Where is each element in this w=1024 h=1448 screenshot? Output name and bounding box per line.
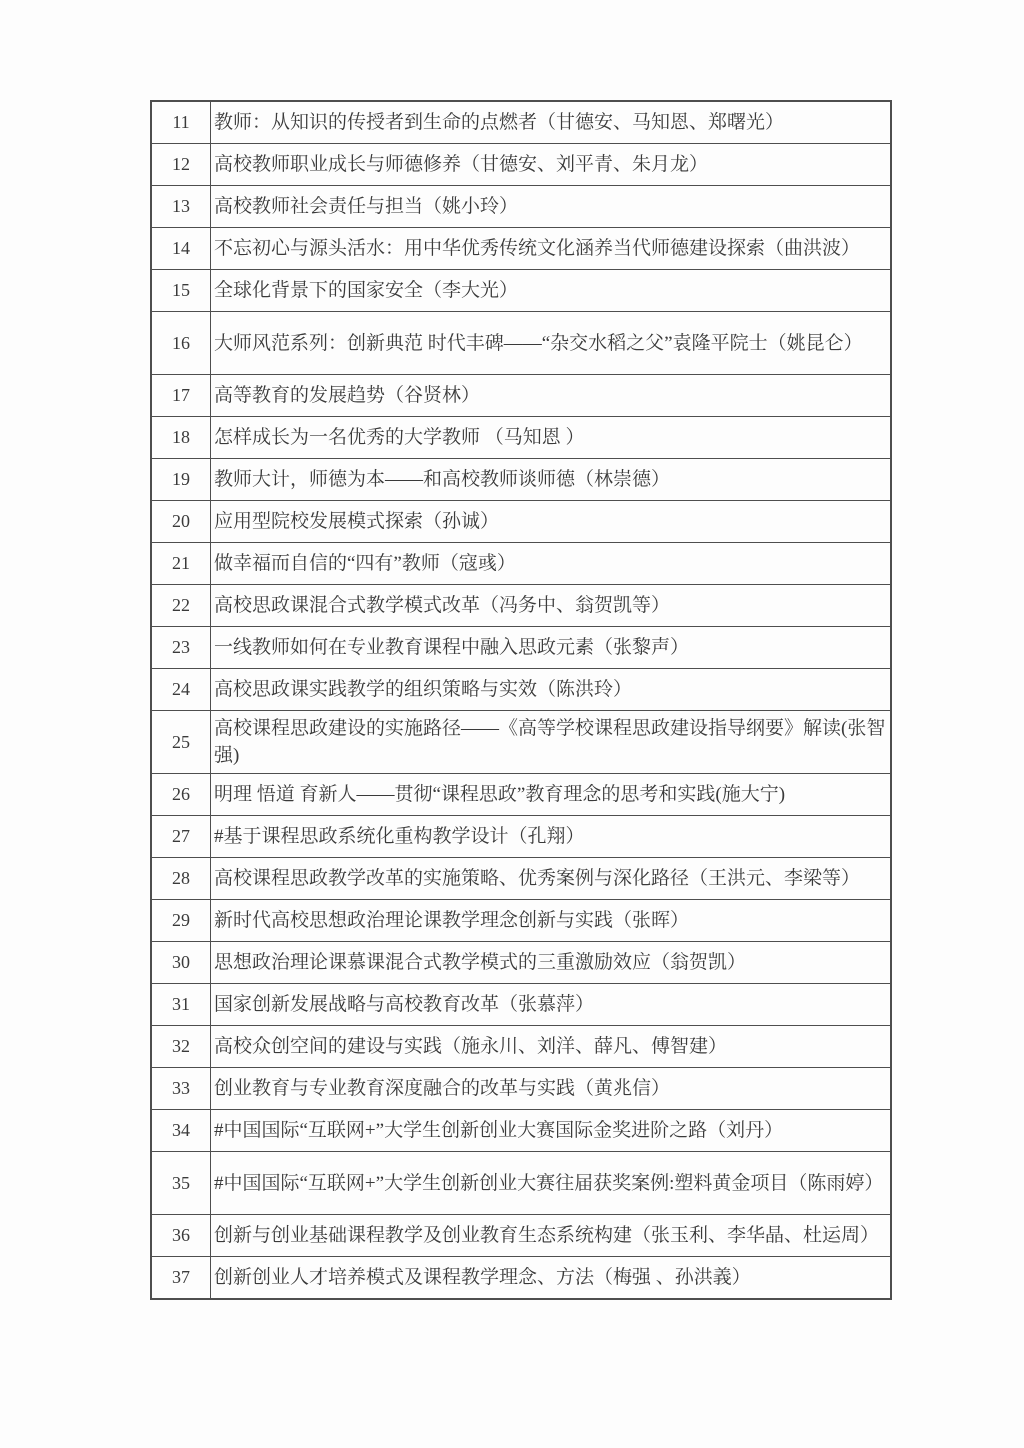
course-title: #中国国际“互联网+”大学生创新创业大赛国际金奖进阶之路（刘丹）	[211, 1110, 890, 1151]
row-number: 29	[152, 900, 211, 941]
course-title: #基于课程思政系统化重构教学设计（孔翔）	[211, 816, 890, 857]
course-title: 高等教育的发展趋势（谷贤林）	[211, 375, 890, 416]
row-number: 31	[152, 984, 211, 1025]
row-number: 35	[152, 1152, 211, 1214]
course-title: 应用型院校发展模式探索（孙诚）	[211, 501, 890, 542]
table-row: 25高校课程思政建设的实施路径——《高等学校课程思政建设指导纲要》解读(张智强)	[152, 710, 890, 773]
row-number: 18	[152, 417, 211, 458]
row-number: 25	[152, 711, 211, 773]
course-title: 创新创业人才培养模式及课程教学理念、方法（梅强 、孙洪義）	[211, 1257, 890, 1298]
course-title: 怎样成长为一名优秀的大学教师 （马知恩 ）	[211, 417, 890, 458]
table-row: 22高校思政课混合式教学模式改革（冯务中、翁贺凯等）	[152, 584, 890, 626]
table-row: 30思想政治理论课慕课混合式教学模式的三重激励效应（翁贺凯）	[152, 941, 890, 983]
course-title: 创业教育与专业教育深度融合的改革与实践（黄兆信）	[211, 1068, 890, 1109]
row-number: 34	[152, 1110, 211, 1151]
row-number: 27	[152, 816, 211, 857]
table-row: 19教师大计，师德为本——和高校教师谈师德（林崇德）	[152, 458, 890, 500]
table-row: 26明理 悟道 育新人——贯彻“课程思政”教育理念的思考和实践(施大宁)	[152, 773, 890, 815]
table-row: 20应用型院校发展模式探索（孙诚）	[152, 500, 890, 542]
row-number: 14	[152, 228, 211, 269]
row-number: 33	[152, 1068, 211, 1109]
row-number: 19	[152, 459, 211, 500]
course-title: 做幸福而自信的“四有”教师（寇彧）	[211, 543, 890, 584]
course-title: 高校众创空间的建设与实践（施永川、刘洋、薛凡、傅智建）	[211, 1026, 890, 1067]
row-number: 16	[152, 312, 211, 374]
course-title: 新时代高校思想政治理论课教学理念创新与实践（张晖）	[211, 900, 890, 941]
table-row: 15全球化背景下的国家安全（李大光）	[152, 269, 890, 311]
course-list-table: 11教师：从知识的传授者到生命的点燃者（甘德安、马知恩、郑曙光）12高校教师职业…	[150, 100, 892, 1300]
row-number: 12	[152, 144, 211, 185]
course-title: 高校思政课实践教学的组织策略与实效（陈洪玲）	[211, 669, 890, 710]
table-row: 24高校思政课实践教学的组织策略与实效（陈洪玲）	[152, 668, 890, 710]
table-row: 31国家创新发展战略与高校教育改革（张慕萍）	[152, 983, 890, 1025]
table-row: 17高等教育的发展趋势（谷贤林）	[152, 374, 890, 416]
table-row: 14不忘初心与源头活水：用中华优秀传统文化涵养当代师德建设探索（曲洪波）	[152, 227, 890, 269]
row-number: 24	[152, 669, 211, 710]
table-row: 29新时代高校思想政治理论课教学理念创新与实践（张晖）	[152, 899, 890, 941]
row-number: 26	[152, 774, 211, 815]
table-row: 18怎样成长为一名优秀的大学教师 （马知恩 ）	[152, 416, 890, 458]
table-row: 37创新创业人才培养模式及课程教学理念、方法（梅强 、孙洪義）	[152, 1256, 890, 1298]
table-row: 32高校众创空间的建设与实践（施永川、刘洋、薛凡、傅智建）	[152, 1025, 890, 1067]
table-row: 35#中国国际“互联网+”大学生创新创业大赛往届获奖案例:塑料黄金项目（陈雨婷）	[152, 1151, 890, 1214]
row-number: 21	[152, 543, 211, 584]
course-title: #中国国际“互联网+”大学生创新创业大赛往届获奖案例:塑料黄金项目（陈雨婷）	[211, 1152, 890, 1214]
course-title: 教师大计，师德为本——和高校教师谈师德（林崇德）	[211, 459, 890, 500]
row-number: 30	[152, 942, 211, 983]
course-title: 高校课程思政教学改革的实施策略、优秀案例与深化路径（王洪元、李梁等）	[211, 858, 890, 899]
row-number: 28	[152, 858, 211, 899]
course-title: 高校教师社会责任与担当（姚小玲）	[211, 186, 890, 227]
course-title: 大师风范系列：创新典范 时代丰碑——“杂交水稻之父”袁隆平院士（姚昆仑）	[211, 312, 890, 374]
course-title: 明理 悟道 育新人——贯彻“课程思政”教育理念的思考和实践(施大宁)	[211, 774, 890, 815]
course-title: 高校思政课混合式教学模式改革（冯务中、翁贺凯等）	[211, 585, 890, 626]
row-number: 23	[152, 627, 211, 668]
row-number: 15	[152, 270, 211, 311]
table-row: 28高校课程思政教学改革的实施策略、优秀案例与深化路径（王洪元、李梁等）	[152, 857, 890, 899]
course-title: 国家创新发展战略与高校教育改革（张慕萍）	[211, 984, 890, 1025]
table-row: 11教师：从知识的传授者到生命的点燃者（甘德安、马知恩、郑曙光）	[152, 102, 890, 143]
table-row: 23一线教师如何在专业教育课程中融入思政元素（张黎声）	[152, 626, 890, 668]
row-number: 36	[152, 1215, 211, 1256]
row-number: 20	[152, 501, 211, 542]
document-page: 11教师：从知识的传授者到生命的点燃者（甘德安、马知恩、郑曙光）12高校教师职业…	[0, 0, 1024, 1448]
course-title: 高校课程思政建设的实施路径——《高等学校课程思政建设指导纲要》解读(张智强)	[211, 711, 890, 773]
row-number: 32	[152, 1026, 211, 1067]
row-number: 17	[152, 375, 211, 416]
table-row: 16大师风范系列：创新典范 时代丰碑——“杂交水稻之父”袁隆平院士（姚昆仑）	[152, 311, 890, 374]
row-number: 11	[152, 102, 211, 143]
row-number: 22	[152, 585, 211, 626]
table-row: 13高校教师社会责任与担当（姚小玲）	[152, 185, 890, 227]
row-number: 37	[152, 1257, 211, 1298]
table-row: 12高校教师职业成长与师德修养（甘德安、刘平青、朱月龙）	[152, 143, 890, 185]
course-title: 一线教师如何在专业教育课程中融入思政元素（张黎声）	[211, 627, 890, 668]
row-number: 13	[152, 186, 211, 227]
course-title: 不忘初心与源头活水：用中华优秀传统文化涵养当代师德建设探索（曲洪波）	[211, 228, 890, 269]
course-title: 高校教师职业成长与师德修养（甘德安、刘平青、朱月龙）	[211, 144, 890, 185]
course-title: 创新与创业基础课程教学及创业教育生态系统构建（张玉利、李华晶、杜运周）	[211, 1215, 890, 1256]
course-title: 全球化背景下的国家安全（李大光）	[211, 270, 890, 311]
table-row: 34#中国国际“互联网+”大学生创新创业大赛国际金奖进阶之路（刘丹）	[152, 1109, 890, 1151]
table-row: 36创新与创业基础课程教学及创业教育生态系统构建（张玉利、李华晶、杜运周）	[152, 1214, 890, 1256]
course-title: 教师：从知识的传授者到生命的点燃者（甘德安、马知恩、郑曙光）	[211, 102, 890, 143]
table-row: 21做幸福而自信的“四有”教师（寇彧）	[152, 542, 890, 584]
course-title: 思想政治理论课慕课混合式教学模式的三重激励效应（翁贺凯）	[211, 942, 890, 983]
table-row: 33创业教育与专业教育深度融合的改革与实践（黄兆信）	[152, 1067, 890, 1109]
table-row: 27#基于课程思政系统化重构教学设计（孔翔）	[152, 815, 890, 857]
